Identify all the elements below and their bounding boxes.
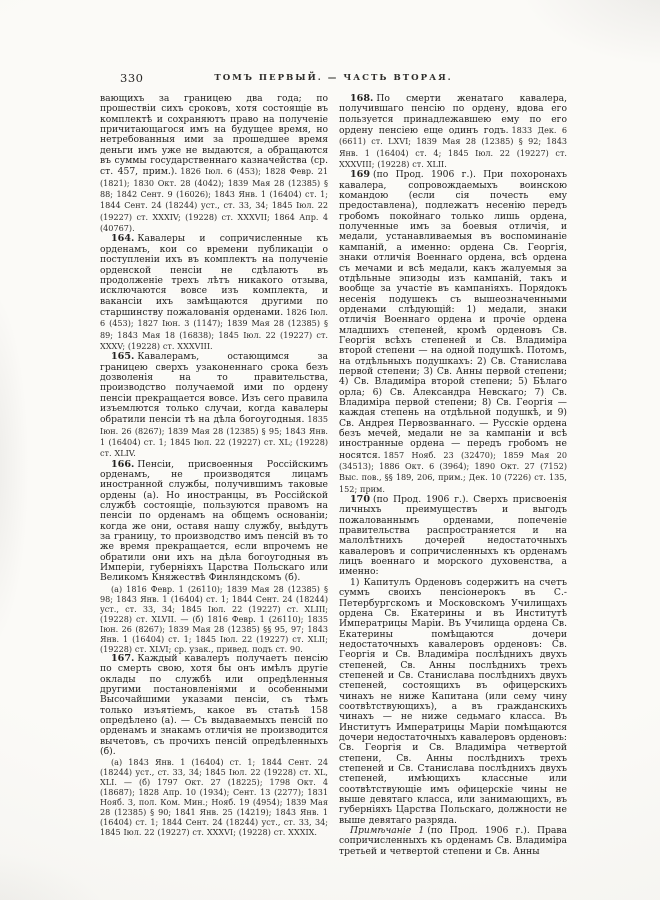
body-text: Пенсіи, присвоенныя Россійскимъ орденамъ…: [100, 459, 328, 584]
body-text: Кавалерамъ, остающимся за границею сверх…: [100, 351, 328, 425]
left-column: вающихъ за границею два года; по прошест…: [100, 94, 328, 857]
body-text: Каждый кавалеръ получаетъ пенсію по смер…: [100, 653, 328, 757]
article-number: 167.: [111, 653, 134, 664]
article-170-item-1: 1) Капитулъ Орденовъ содержитъ на счетъ …: [339, 578, 567, 826]
article-167-citations: (а) 1843 Янв. 1 (16404) ст. 1; 1844 Сент…: [100, 757, 328, 837]
article-166-citations: (а) 1816 Февр. 1 (26110); 1839 Мая 28 (1…: [100, 584, 328, 654]
article-number: 169: [350, 169, 370, 180]
body-text: Кавалеры и сопричисленные къ орденамъ, к…: [100, 233, 328, 317]
article-number: 166.: [111, 459, 134, 470]
running-title: ТОМЪ ПЕРВЫЙ. — ЧАСТЬ ВТОРАЯ.: [100, 73, 567, 83]
article-170: 170(по Прод. 1906 г.). Сверхъ присвоенія…: [339, 495, 567, 578]
citation-text: (а) 1843 Янв. 1 (16404) ст. 1; 1844 Сент…: [100, 757, 328, 837]
article-169: 169(по Прод. 1906 г.). При похоронахъ ка…: [339, 170, 567, 495]
article-165: 165.Кавалерамъ, остающимся за границею с…: [100, 352, 328, 459]
text-columns: вающихъ за границею два года; по прошест…: [100, 94, 567, 857]
paragraph-continuation: вающихъ за границею два года; по прошест…: [100, 94, 328, 234]
page-header: 330 ТОМЪ ПЕРВЫЙ. — ЧАСТЬ ВТОРАЯ.: [100, 71, 567, 87]
article-number: 164.: [111, 233, 134, 244]
scanned-document-page: 330 ТОМЪ ПЕРВЫЙ. — ЧАСТЬ ВТОРАЯ. вающихъ…: [0, 0, 660, 900]
body-text: (по Прод. 1906 г.). Сверхъ присвоенія ли…: [339, 494, 567, 577]
remark-lead: Примѣчаніе 1: [350, 825, 424, 836]
article-number: 170: [350, 494, 370, 505]
citation-text: (а) 1816 Февр. 1 (26110); 1839 Мая 28 (1…: [100, 584, 328, 654]
article-164: 164.Кавалеры и сопричисленные къ орденам…: [100, 234, 328, 352]
body-text: вающихъ за границею два года; по прошест…: [100, 93, 328, 177]
article-166: 166.Пенсіи, присвоенныя Россійскимъ орде…: [100, 460, 328, 584]
article-167: 167.Каждый кавалеръ получаетъ пенсію по …: [100, 654, 328, 757]
article-168: 168.По смерти женатаго кавалера, получив…: [339, 94, 567, 170]
right-column: 168.По смерти женатаго кавалера, получив…: [339, 94, 567, 857]
remark-1: Примѣчаніе 1(по Прод. 1906 г.). Права со…: [339, 826, 567, 857]
article-number: 165.: [111, 351, 134, 362]
body-text: 1) Капитулъ Орденовъ содержитъ на счетъ …: [339, 577, 567, 826]
article-number: 168.: [350, 93, 373, 104]
body-text: (по Прод. 1906 г.). При похоронахъ кавал…: [339, 169, 567, 460]
